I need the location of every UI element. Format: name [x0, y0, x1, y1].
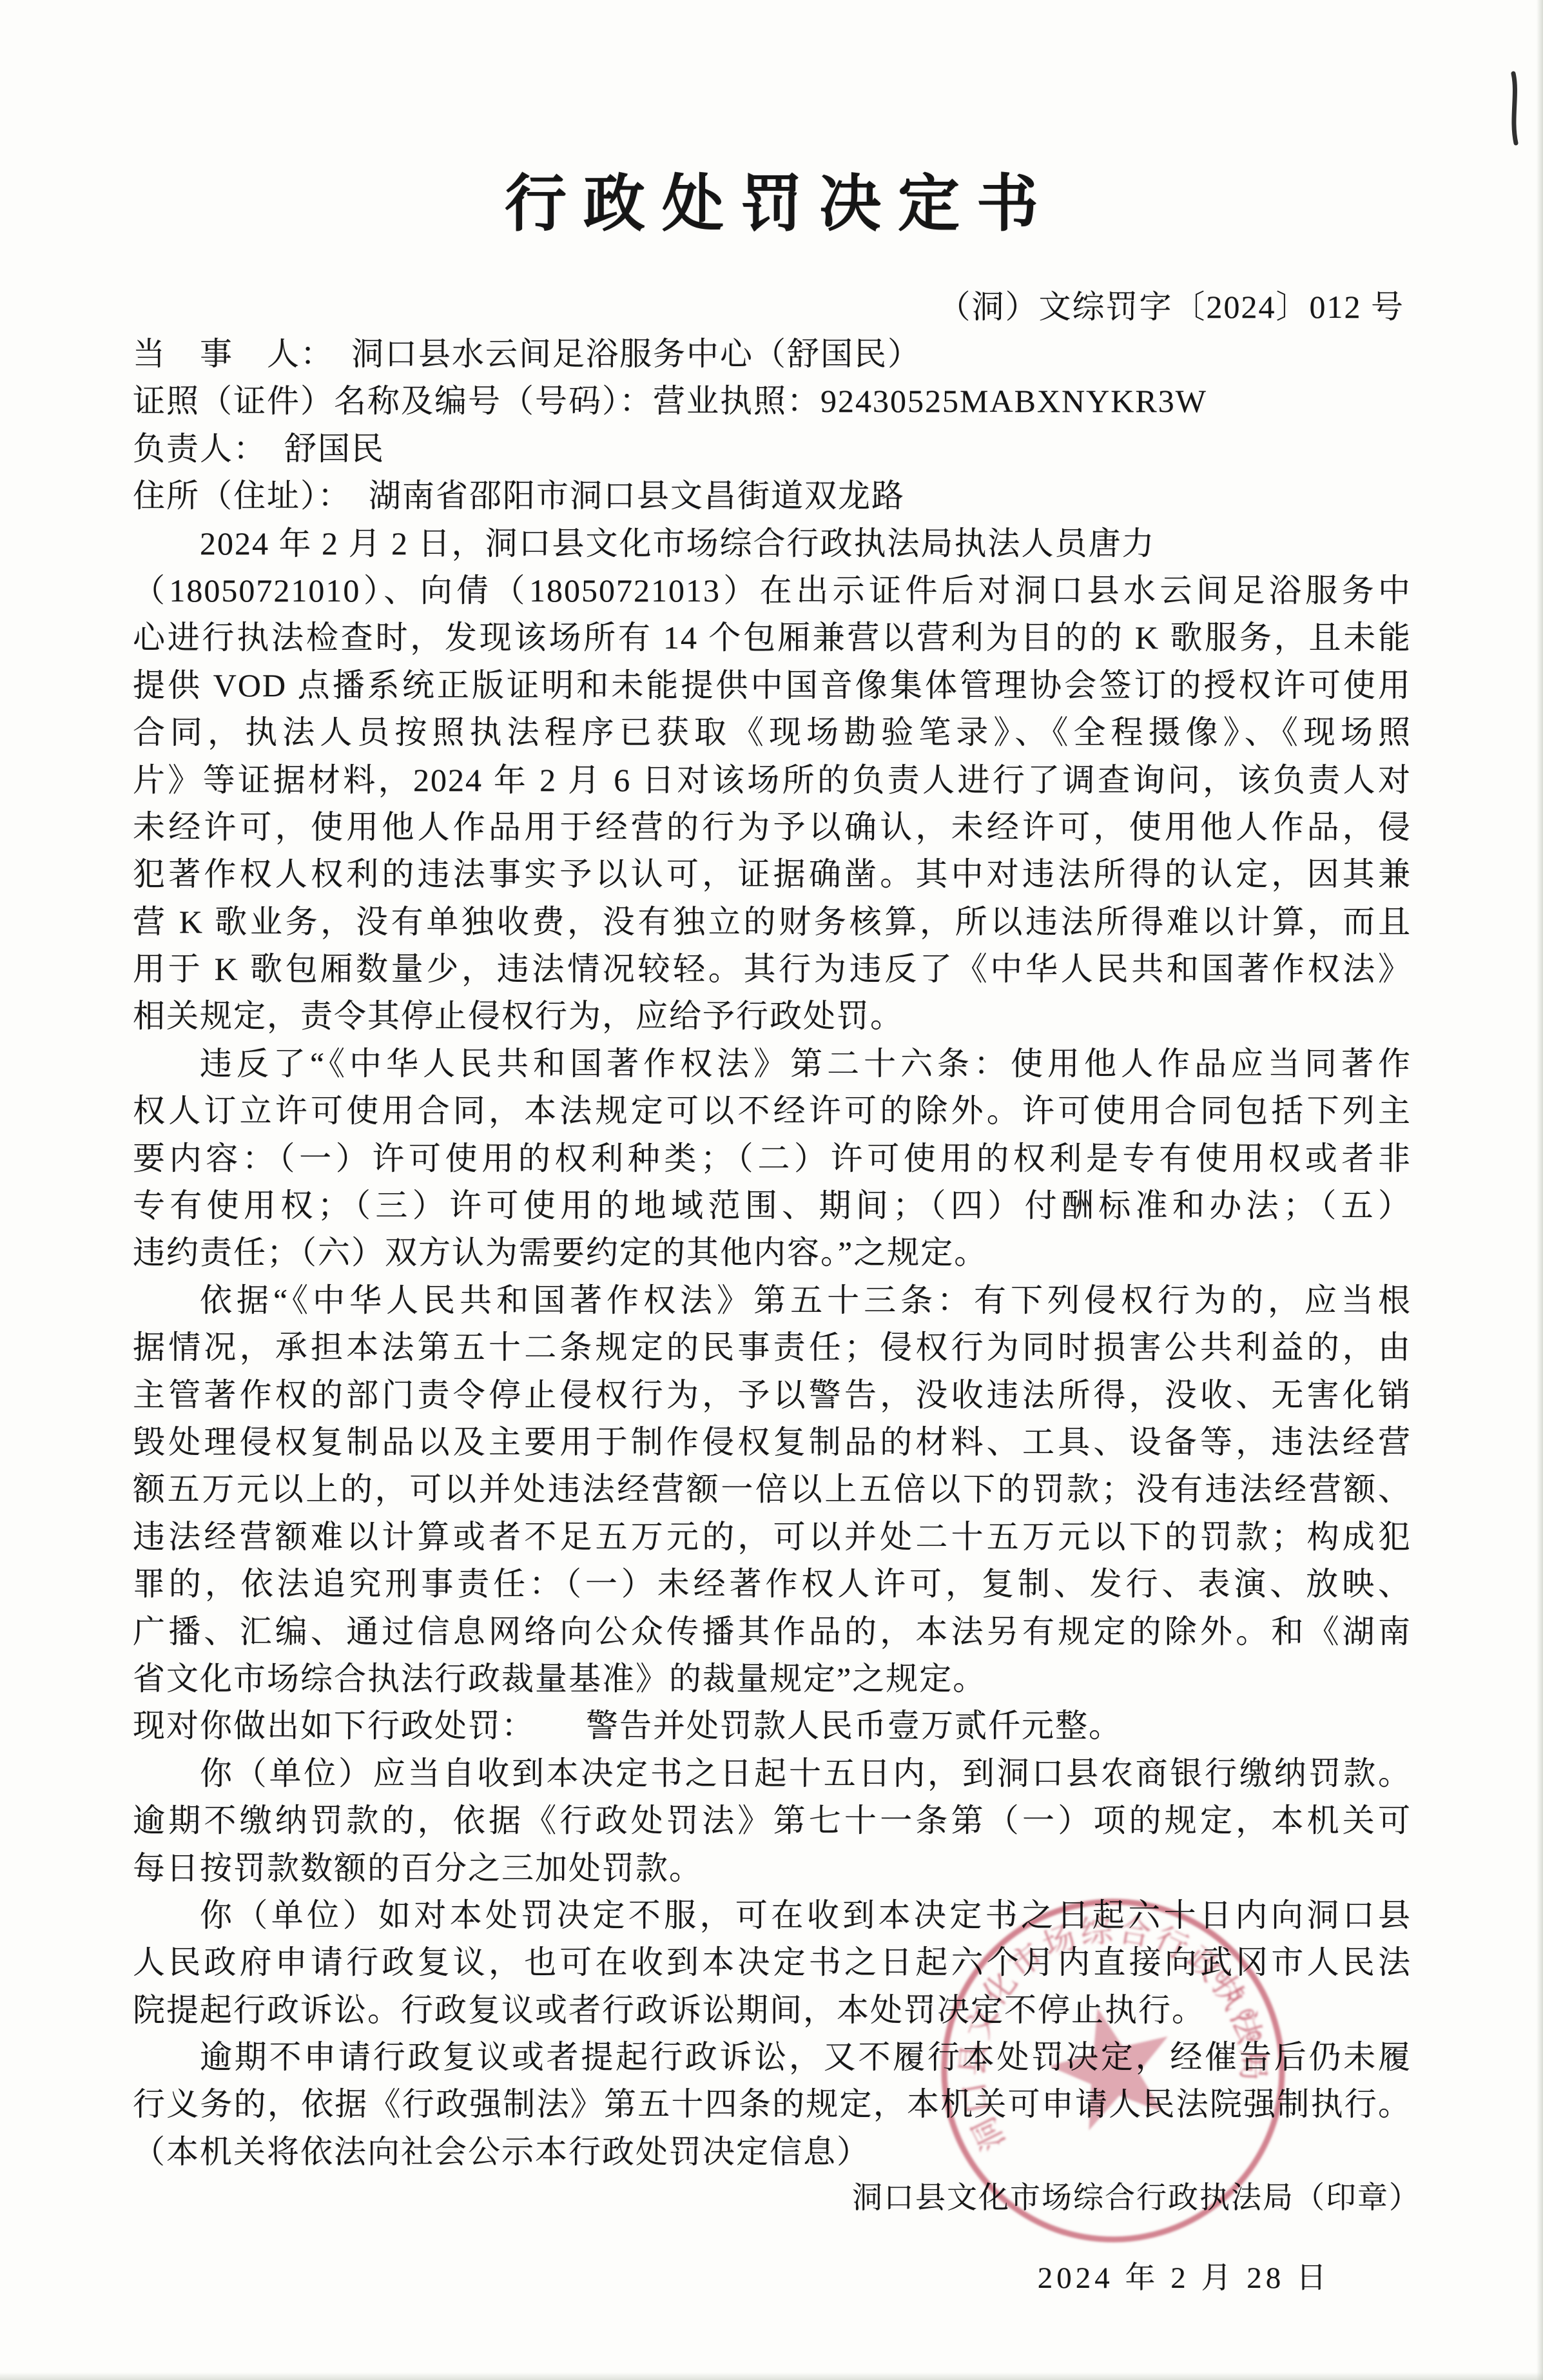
pen-mark-icon [1497, 64, 1538, 152]
body-line: 用于 K 歌包厢数量少，违法情况较轻。其行为违反了《中华人民共和国著作权法》 [133, 946, 1412, 993]
body-line: 据情况，承担本法第五十二条规定的民事责任；侵权行为同时损害公共利益的，由 [133, 1324, 1412, 1371]
body-line: 逾期不申请行政复议或者提起行政诉讼，又不履行本处罚决定，经催告后仍未履 [133, 2034, 1412, 2081]
body-line: 片》等证据材料，2024 年 2 月 6 日对该场所的负责人进行了调查询问，该负… [133, 757, 1412, 804]
body-line: 现对你做出如下行政处罚： 警告并处罚款人民币壹万贰仟元整。 [133, 1702, 1412, 1750]
document-body: 当 事 人： 洞口县水云间足浴服务中心（舒国民）证照（证件）名称及编号（号码）：… [133, 331, 1412, 2176]
body-line: 你（单位）如对本处罚决定不服，可在收到本决定书之日起六十日内向洞口县 [133, 1892, 1412, 1939]
page-title: 行政处罚决定书 [0, 155, 1543, 243]
body-line: 主管著作权的部门责令停止侵权行为，予以警告，没收违法所得，没收、无害化销 [133, 1372, 1412, 1419]
body-line: 毁处理侵权复制品以及主要用于制作侵权复制品的材料、工具、设备等，违法经营 [133, 1419, 1412, 1466]
body-line: 你（单位）应当自收到本决定书之日起十五日内，到洞口县农商银行缴纳罚款。 [133, 1750, 1412, 1797]
body-line: 罪的，依法追究刑事责任：（一）未经著作权人许可，复制、发行、表演、放映、 [133, 1561, 1412, 1608]
body-line: 合同，执法人员按照执法程序已获取《现场勘验笔录》、《全程摄像》、《现场照 [133, 709, 1412, 756]
scan-edge-right [1537, 0, 1543, 2380]
body-line: 行义务的，依据《行政强制法》第五十四条的规定，本机关可申请人民法院强制执行。 [133, 2081, 1412, 2128]
body-line: 犯著作权人权利的违法事实予以认可，证据确凿。其中对违法所得的认定，因其兼 [133, 851, 1412, 898]
body-line: 省文化市场综合执法行政裁量基准》的裁量规定”之规定。 [133, 1655, 1412, 1702]
body-line: 心进行执法检查时，发现该场所有 14 个包厢兼营以营利为目的的 K 歌服务，且未… [133, 614, 1412, 661]
issuing-agency-signature: 洞口县文化市场综合行政执法局（印章） [852, 2175, 1421, 2222]
body-line: 每日按罚款数额的百分之三加处罚款。 [133, 1845, 1412, 1892]
body-line: 证照（证件）名称及编号（号码）：营业执照：92430525MABXNYKR3W [133, 378, 1412, 425]
body-line: 2024 年 2 月 2 日，洞口县文化市场综合行政执法局执法人员唐力 [133, 520, 1412, 567]
body-line: 当 事 人： 洞口县水云间足浴服务中心（舒国民） [133, 331, 1412, 378]
document-number: （洞）文综罚字〔2024〕012 号 [938, 281, 1405, 327]
body-line: 人民政府申请行政复议，也可在收到本决定书之日起六个月内直接向武冈市人民法 [133, 1939, 1412, 1986]
scan-edge-bottom [0, 2372, 1543, 2380]
body-line: 住所（住址）： 湖南省邵阳市洞口县文昌街道双龙路 [133, 473, 1412, 520]
body-line: 依据“《中华人民共和国著作权法》第五十三条：有下列侵权行为的，应当根 [133, 1277, 1412, 1324]
decision-date: 2024 年 2 月 28 日 [1038, 2255, 1330, 2302]
body-line: 提供 VOD 点播系统正版证明和未能提供中国音像集体管理协会签订的授权许可使用 [133, 662, 1412, 709]
body-line: 额五万元以上的，可以并处违法经营额一倍以上五倍以下的罚款；没有违法经营额、 [133, 1466, 1412, 1513]
body-line: 营 K 歌业务，没有单独收费，没有独立的财务核算，所以违法所得难以计算，而且 [133, 899, 1412, 946]
body-line: 相关规定，责令其停止侵权行为，应给予行政处罚。 [133, 993, 1412, 1040]
body-line: 逾期不缴纳罚款的，依据《行政处罚法》第七十一条第（一）项的规定，本机关可 [133, 1797, 1412, 1844]
body-line: 院提起行政诉讼。行政复议或者行政诉讼期间，本处罚决定不停止执行。 [133, 1987, 1412, 2034]
body-line: （本机关将依法向社会公示本行政处罚决定信息） [133, 2129, 1412, 2176]
body-line: 违反了“《中华人民共和国著作权法》第二十六条：使用他人作品应当同著作 [133, 1040, 1412, 1088]
body-line: 要内容：（一）许可使用的权利种类；（二）许可使用的权利是专有使用权或者非 [133, 1135, 1412, 1182]
body-line: 未经许可，使用他人作品用于经营的行为予以确认，未经许可，使用他人作品，侵 [133, 804, 1412, 851]
body-line: 专有使用权；（三）许可使用的地域范围、期间；（四）付酬标准和办法；（五） [133, 1182, 1412, 1229]
body-line: 权人订立许可使用合同，本法规定可以不经许可的除外。许可使用合同包括下列主 [133, 1088, 1412, 1135]
body-line: 违约责任；（六）双方认为需要约定的其他内容。”之规定。 [133, 1229, 1412, 1276]
body-line: （18050721010）、向倩（18050721013）在出示证件后对洞口县水… [133, 567, 1412, 614]
body-line: 广播、汇编、通过信息网络向公众传播其作品的，本法另有规定的除外。和《湖南 [133, 1608, 1412, 1655]
body-line: 负责人： 舒国民 [133, 425, 1412, 473]
body-line: 违法经营额难以计算或者不足五万元的，可以并处二十五万元以下的罚款；构成犯 [133, 1514, 1412, 1561]
penalty-decision-document: 行政处罚决定书 （洞）文综罚字〔2024〕012 号 当 事 人： 洞口县水云间… [0, 0, 1543, 2380]
